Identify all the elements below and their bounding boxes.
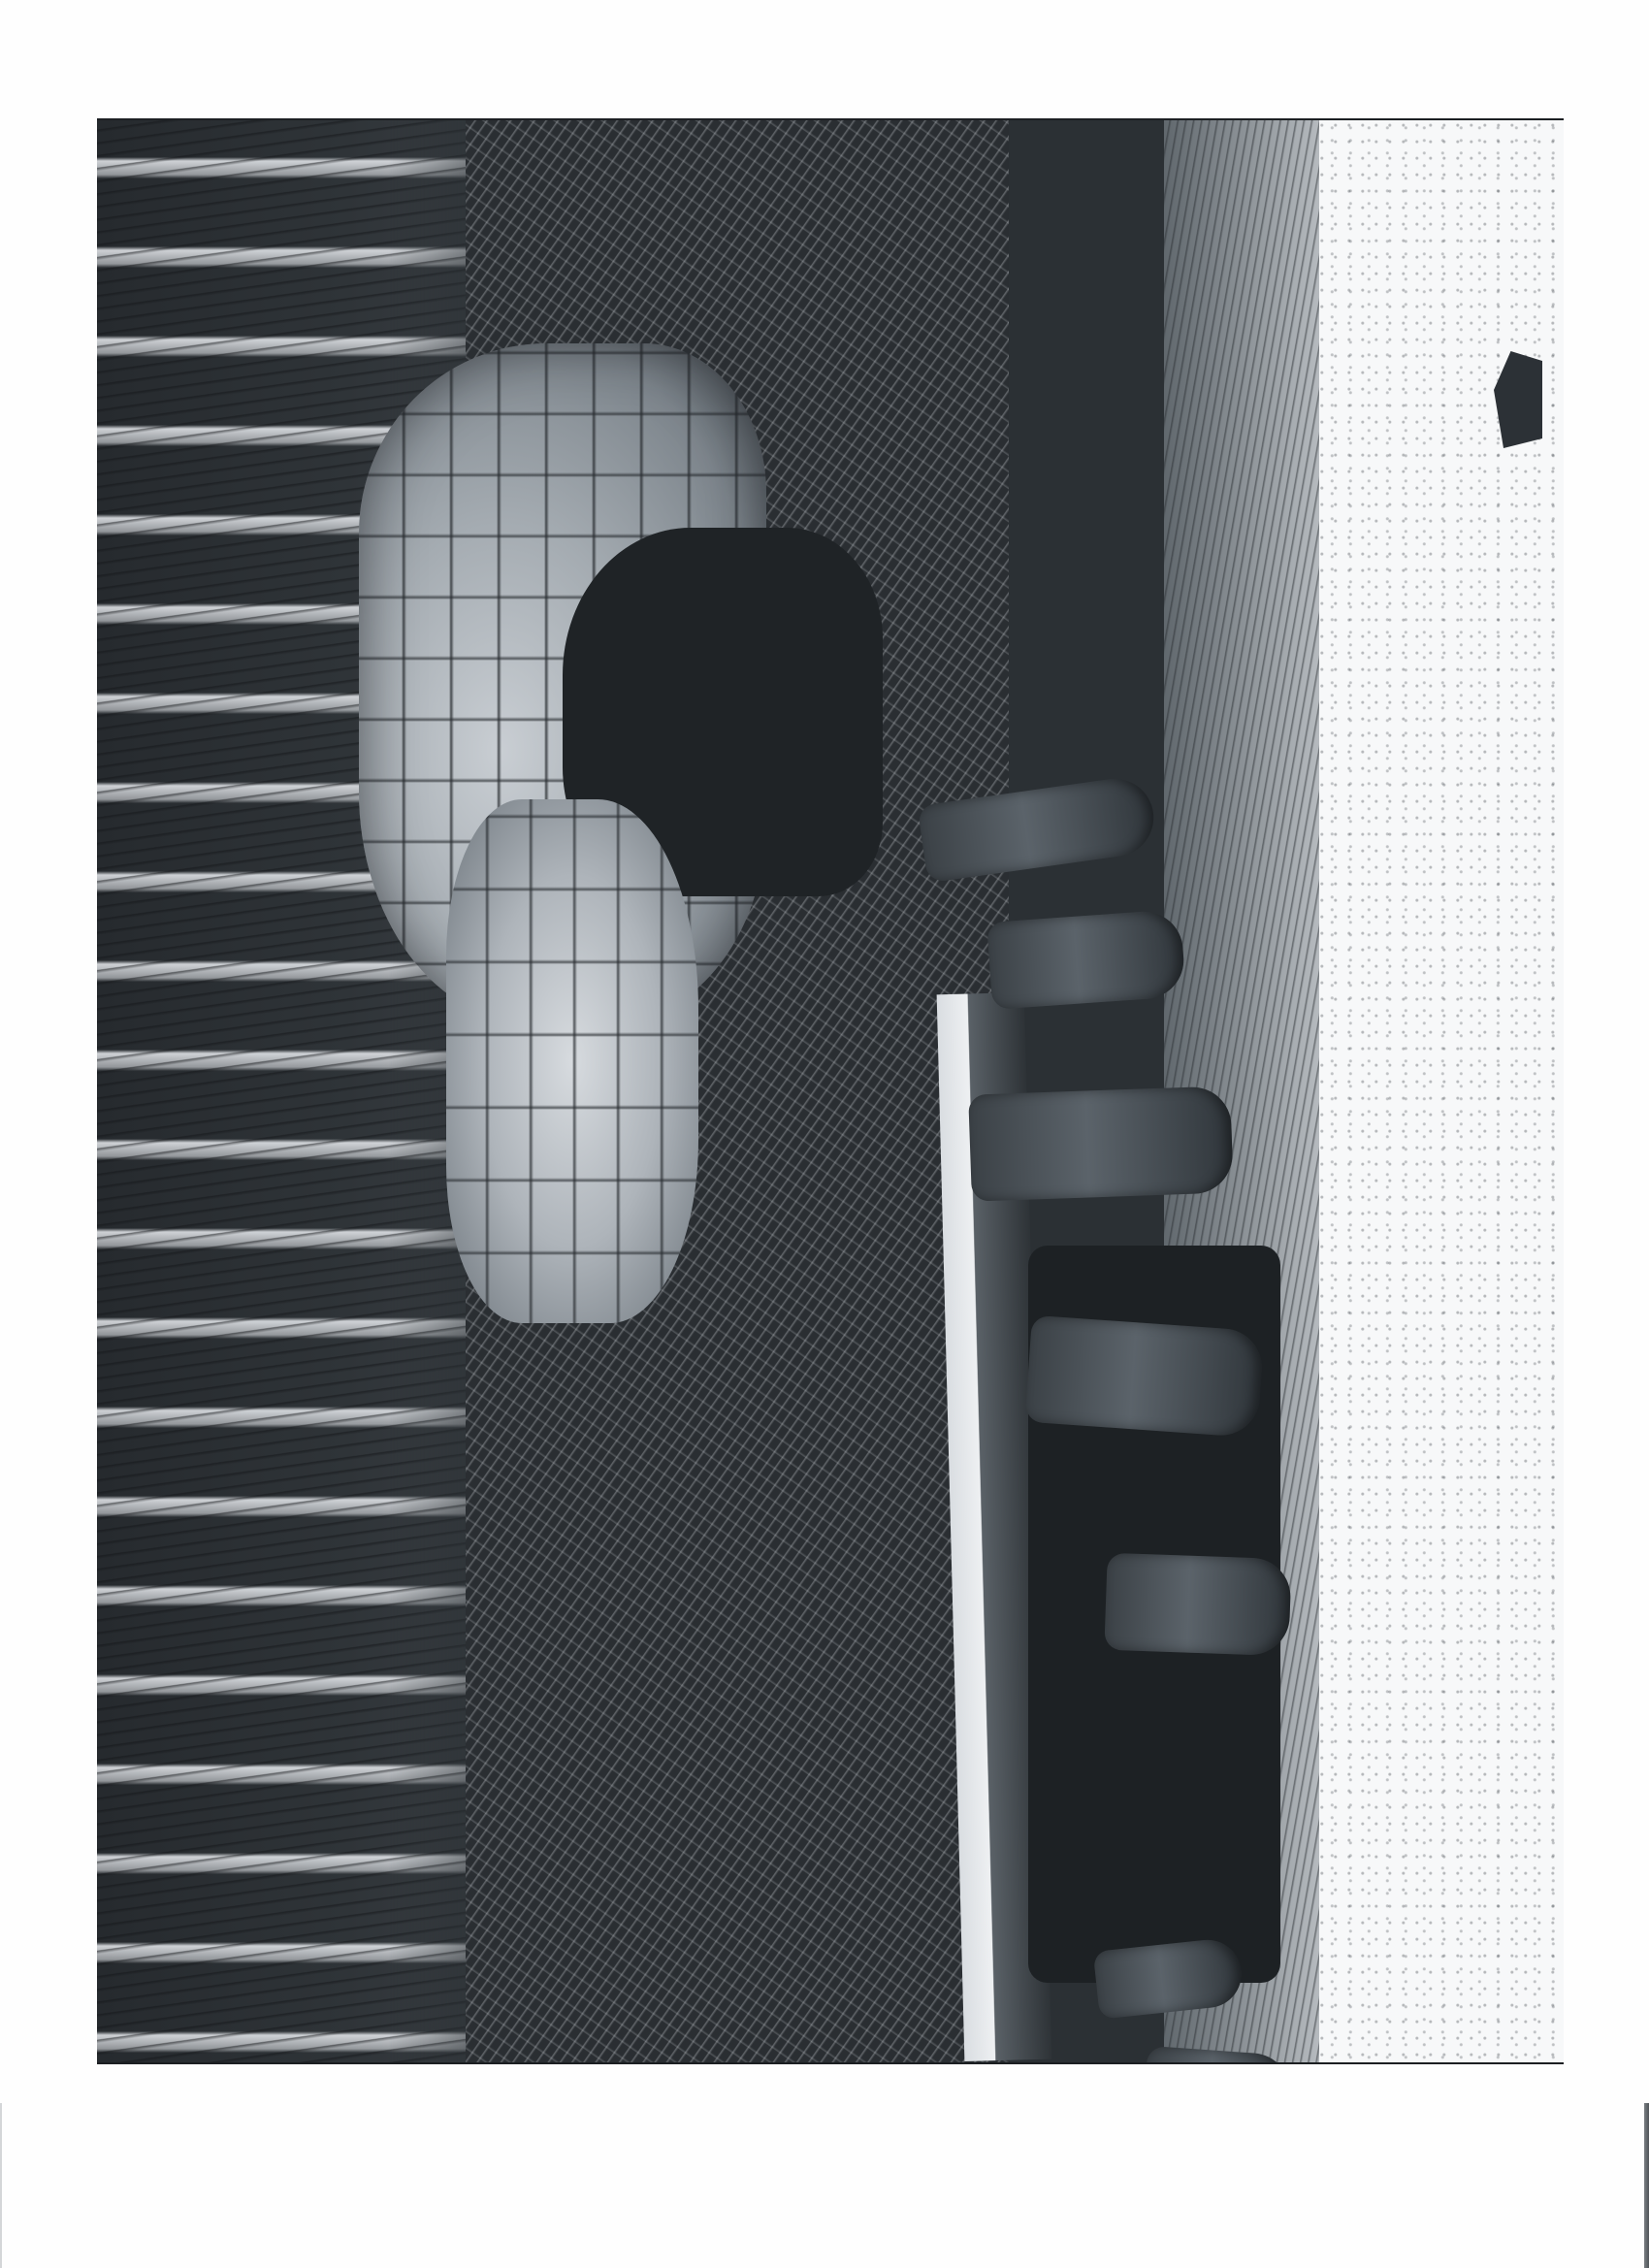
- scan-edge-left: [0, 2103, 2, 2268]
- photograph-stone-ruin: [97, 118, 1564, 2064]
- standing-post: [986, 909, 1186, 1010]
- scan-edge-right: [1644, 2103, 1649, 2268]
- standing-post: [1104, 1553, 1291, 1657]
- standing-post: [968, 1085, 1234, 1201]
- stone-masonry-lower: [446, 799, 698, 1323]
- scanned-page: [0, 0, 1649, 2268]
- standing-post: [1024, 1315, 1264, 1438]
